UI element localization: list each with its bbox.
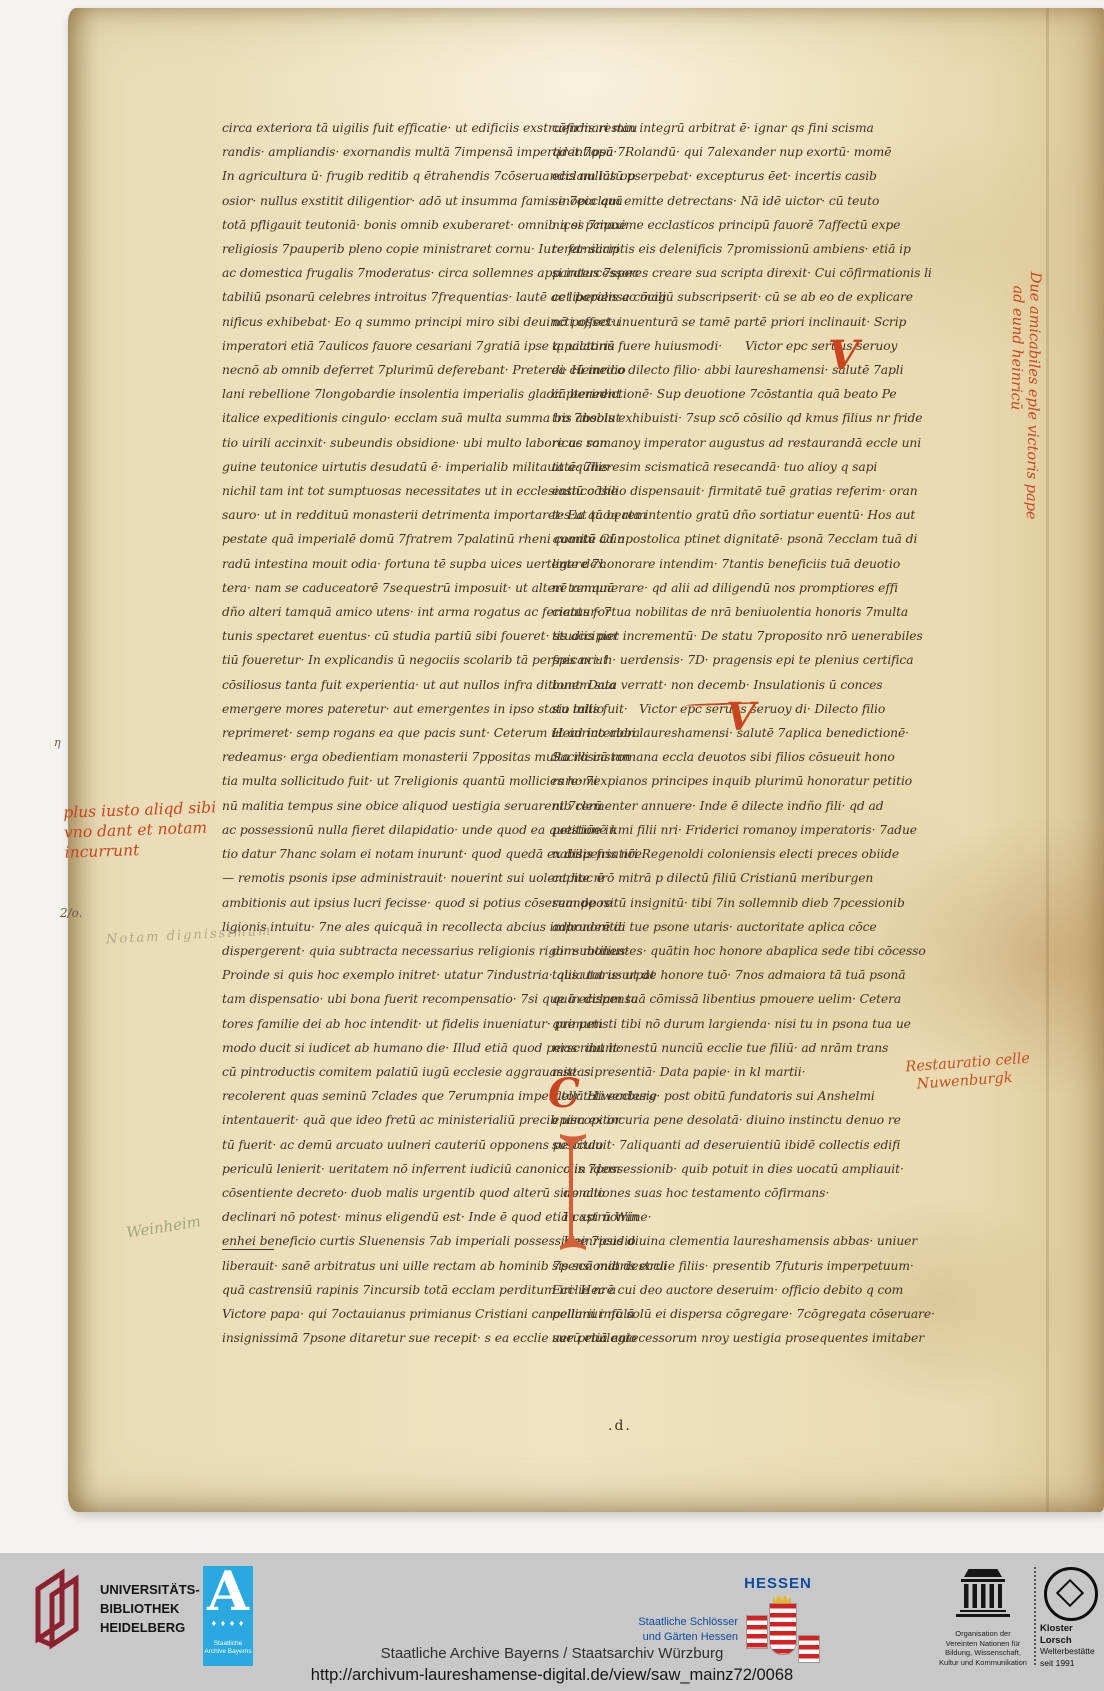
manuscript-line: rare· 7expianos principes inquib plurimū… <box>552 769 935 793</box>
manuscript-line: talis utaris· ut de honore tuō· 7nos adm… <box>552 963 935 987</box>
heidelberg-label-line: HEIDELBERG <box>100 1618 200 1637</box>
manuscript-line: qd intipsū 7Rolandū· qui 7alexander nup … <box>552 140 935 164</box>
manuscript-line: nē remunerare· qd alii ad diligendū nos … <box>552 576 935 600</box>
rubric-initial-c: C <box>548 1074 580 1114</box>
manuscript-line: mittas presentiā· Data papie· in kl mart… <box>552 1060 935 1084</box>
manuscript-line: nib clementer annuere· Inde ē dilecte in… <box>552 794 935 818</box>
rubric-initial-i <box>556 1130 590 1257</box>
manuscript-line: tatē· 7heresim scismaticā resecandā· tuo… <box>552 455 935 479</box>
lorsch-emblem-icon <box>1044 1567 1098 1621</box>
marginal-ink-mark: 2/o. <box>60 906 83 920</box>
footer-bar: UNIVERSITÄTS-BIBLIOTHEKHEIDELBERG A ♦ ♦ … <box>0 1553 1104 1691</box>
manuscript-line: quā ecclam tuā cōmissā libentius pmouere… <box>552 987 935 1011</box>
manuscript-line: nias· aut honestū nunciū ecclie tue fili… <box>552 1036 935 1060</box>
letter-a-icon: A <box>203 1564 253 1618</box>
manuscript-line: Heinricus diuina clementia laureshamensi… <box>552 1229 935 1253</box>
manuscript-line: cientur· 7tua nobilitas de nrā beniuolen… <box>552 600 935 624</box>
manuscript-line: cet papiense cōciliū subscripserit· cū s… <box>552 285 935 309</box>
manuscript-line: ta uictoris fuere huiusmodi· Victor epc … <box>552 334 935 358</box>
manuscript-line: teret· scriptis eis delenificis 7promiss… <box>552 237 935 261</box>
manuscript-line: Sacroscā romana eccla deuotos sibi filio… <box>552 745 935 769</box>
manuscript-line: nō posset· inuenturā se tamē partē prior… <box>552 310 935 334</box>
heidelberg-label-line: BIBLIOTHEK <box>100 1599 200 1618</box>
rubric-initial-v1: V <box>828 336 859 376</box>
hessen-label-line: Staatliche Schlösser <box>618 1615 738 1630</box>
manuscript-line: fres nri· h· uerdensis· 7D· pragensis ep… <box>552 648 935 672</box>
manuscript-line: pellimur nō solū ei dispersa cōgregare· … <box>552 1302 935 1326</box>
manuscript-line: episcopi incuria pene desolatā· diuino i… <box>552 1108 935 1132</box>
manuscript-line: adhonorē di tue psone utaris· auctoritat… <box>552 915 935 939</box>
manuscript-line: tis accipiet incrementū· De statu 7propo… <box>552 624 935 648</box>
quire-mark: .d. <box>608 1418 632 1434</box>
manuscript-line: nicos 7maxime ecclasticos principū fauor… <box>552 213 935 237</box>
manuscript-line: uerū etiā antecessorum nroy uestigia pro… <box>552 1326 935 1350</box>
manuscript-line: cā benedictionē· Sup deuotione 7cōstanti… <box>552 382 935 406</box>
manuscript-line: Cellā Hiwenburg· post obitū fundatoris s… <box>552 1084 935 1108</box>
manuscript-line: ligere 7honorare intendim· 7tantis benef… <box>552 552 935 576</box>
manuscript-line: entiū cōsilio dispensauit· firmitatē tuē… <box>552 479 935 503</box>
manuscript-line: sis scē matris ecclie filiis· presentib … <box>552 1254 935 1278</box>
manuscript-line: ecclam iātū pserpebat· excepturus ēet· i… <box>552 164 935 188</box>
source-url: http://archivum-laureshamense-digital.de… <box>0 1666 1104 1685</box>
marginal-note-red-vertical: Due amicabiles eple victoris pape ad eun… <box>1003 271 1043 612</box>
manuscript-line: capite nrō mitrā p dilectū filiū Cristia… <box>552 866 935 890</box>
heidelberg-label-line: UNIVERSITÄTS- <box>100 1580 200 1599</box>
hessen-label: Staatliche Schlösserund Gärten Hessen <box>618 1615 738 1645</box>
marginal-note-red-left: plus iusto aliqd sibivno dant et notamin… <box>63 797 218 862</box>
unesco-label-line: Organisation der <box>922 1629 1044 1639</box>
hessen-wordmark: HESSEN <box>742 1575 814 1592</box>
unesco-temple-icon <box>952 1569 1014 1617</box>
manuscript-line: sem ppositū insignitū· tibi 7in sollemni… <box>552 891 935 915</box>
manuscript-line: ricus romanoy imperator augustus ad rest… <box>552 431 935 455</box>
manuscript-line: di· Heinrico dilecto filio· abbi lauresh… <box>552 358 935 382</box>
lorsch-label-line: Kloster Lorsch <box>1040 1623 1104 1646</box>
stripe-bar-left <box>746 1615 768 1649</box>
crown-icon <box>773 1595 791 1603</box>
manuscript-line: In xpi nomine· <box>552 1205 935 1229</box>
manuscript-line: cōfirmari min integrū arbitrat ē· ignar … <box>552 116 935 140</box>
manuscript-line: suscitauit· 7aliquanti ad deseruientiū i… <box>552 1133 935 1157</box>
manuscript-line: que petisti tibi nō durum largienda· nis… <box>552 1012 935 1036</box>
manuscript-line: tro 7nobis exhibuisti· 7sup scō cōsilio … <box>552 406 935 430</box>
credit-line: Staatliche Archive Bayerns / Staatsarchi… <box>0 1645 1104 1662</box>
hessen-label-line: und Gärten Hessen <box>618 1630 738 1645</box>
marginal-eta-mark: η <box>54 736 61 749</box>
parchment-fold-line <box>1046 8 1049 1512</box>
enhei-underline <box>222 1249 274 1250</box>
manuscript-line: Ecclie nrē cui deo auctore deseruim· off… <box>552 1278 935 1302</box>
manuscript-line: tes ut tā beata intentio gratū dño sorti… <box>552 503 935 527</box>
manuscript-line: nabilis fris nri Regenoldi coloniensis e… <box>552 842 935 866</box>
manuscript-line: dim· monentes· quātin hoc honore abaplic… <box>552 939 935 963</box>
heidelberg-label: UNIVERSITÄTS-BIBLIOTHEKHEIDELBERG <box>100 1580 200 1637</box>
manuscript-line: quantū ad apostolica ptinet dignitatē· p… <box>552 527 935 551</box>
manuscript-line: si intercessores creare sua scripta dire… <box>552 261 935 285</box>
manuscript-line: petitionē kmi filii nri· Friderici roman… <box>552 818 935 842</box>
manuscript-line: donationes suas hoc testamento cōfirmans… <box>552 1181 935 1205</box>
manuscript-line: ciis 7possessionib· quib potuit in dies … <box>552 1157 935 1181</box>
manuscript-line: se 7ecclam emitte detrectans· Nā idē uic… <box>552 189 935 213</box>
